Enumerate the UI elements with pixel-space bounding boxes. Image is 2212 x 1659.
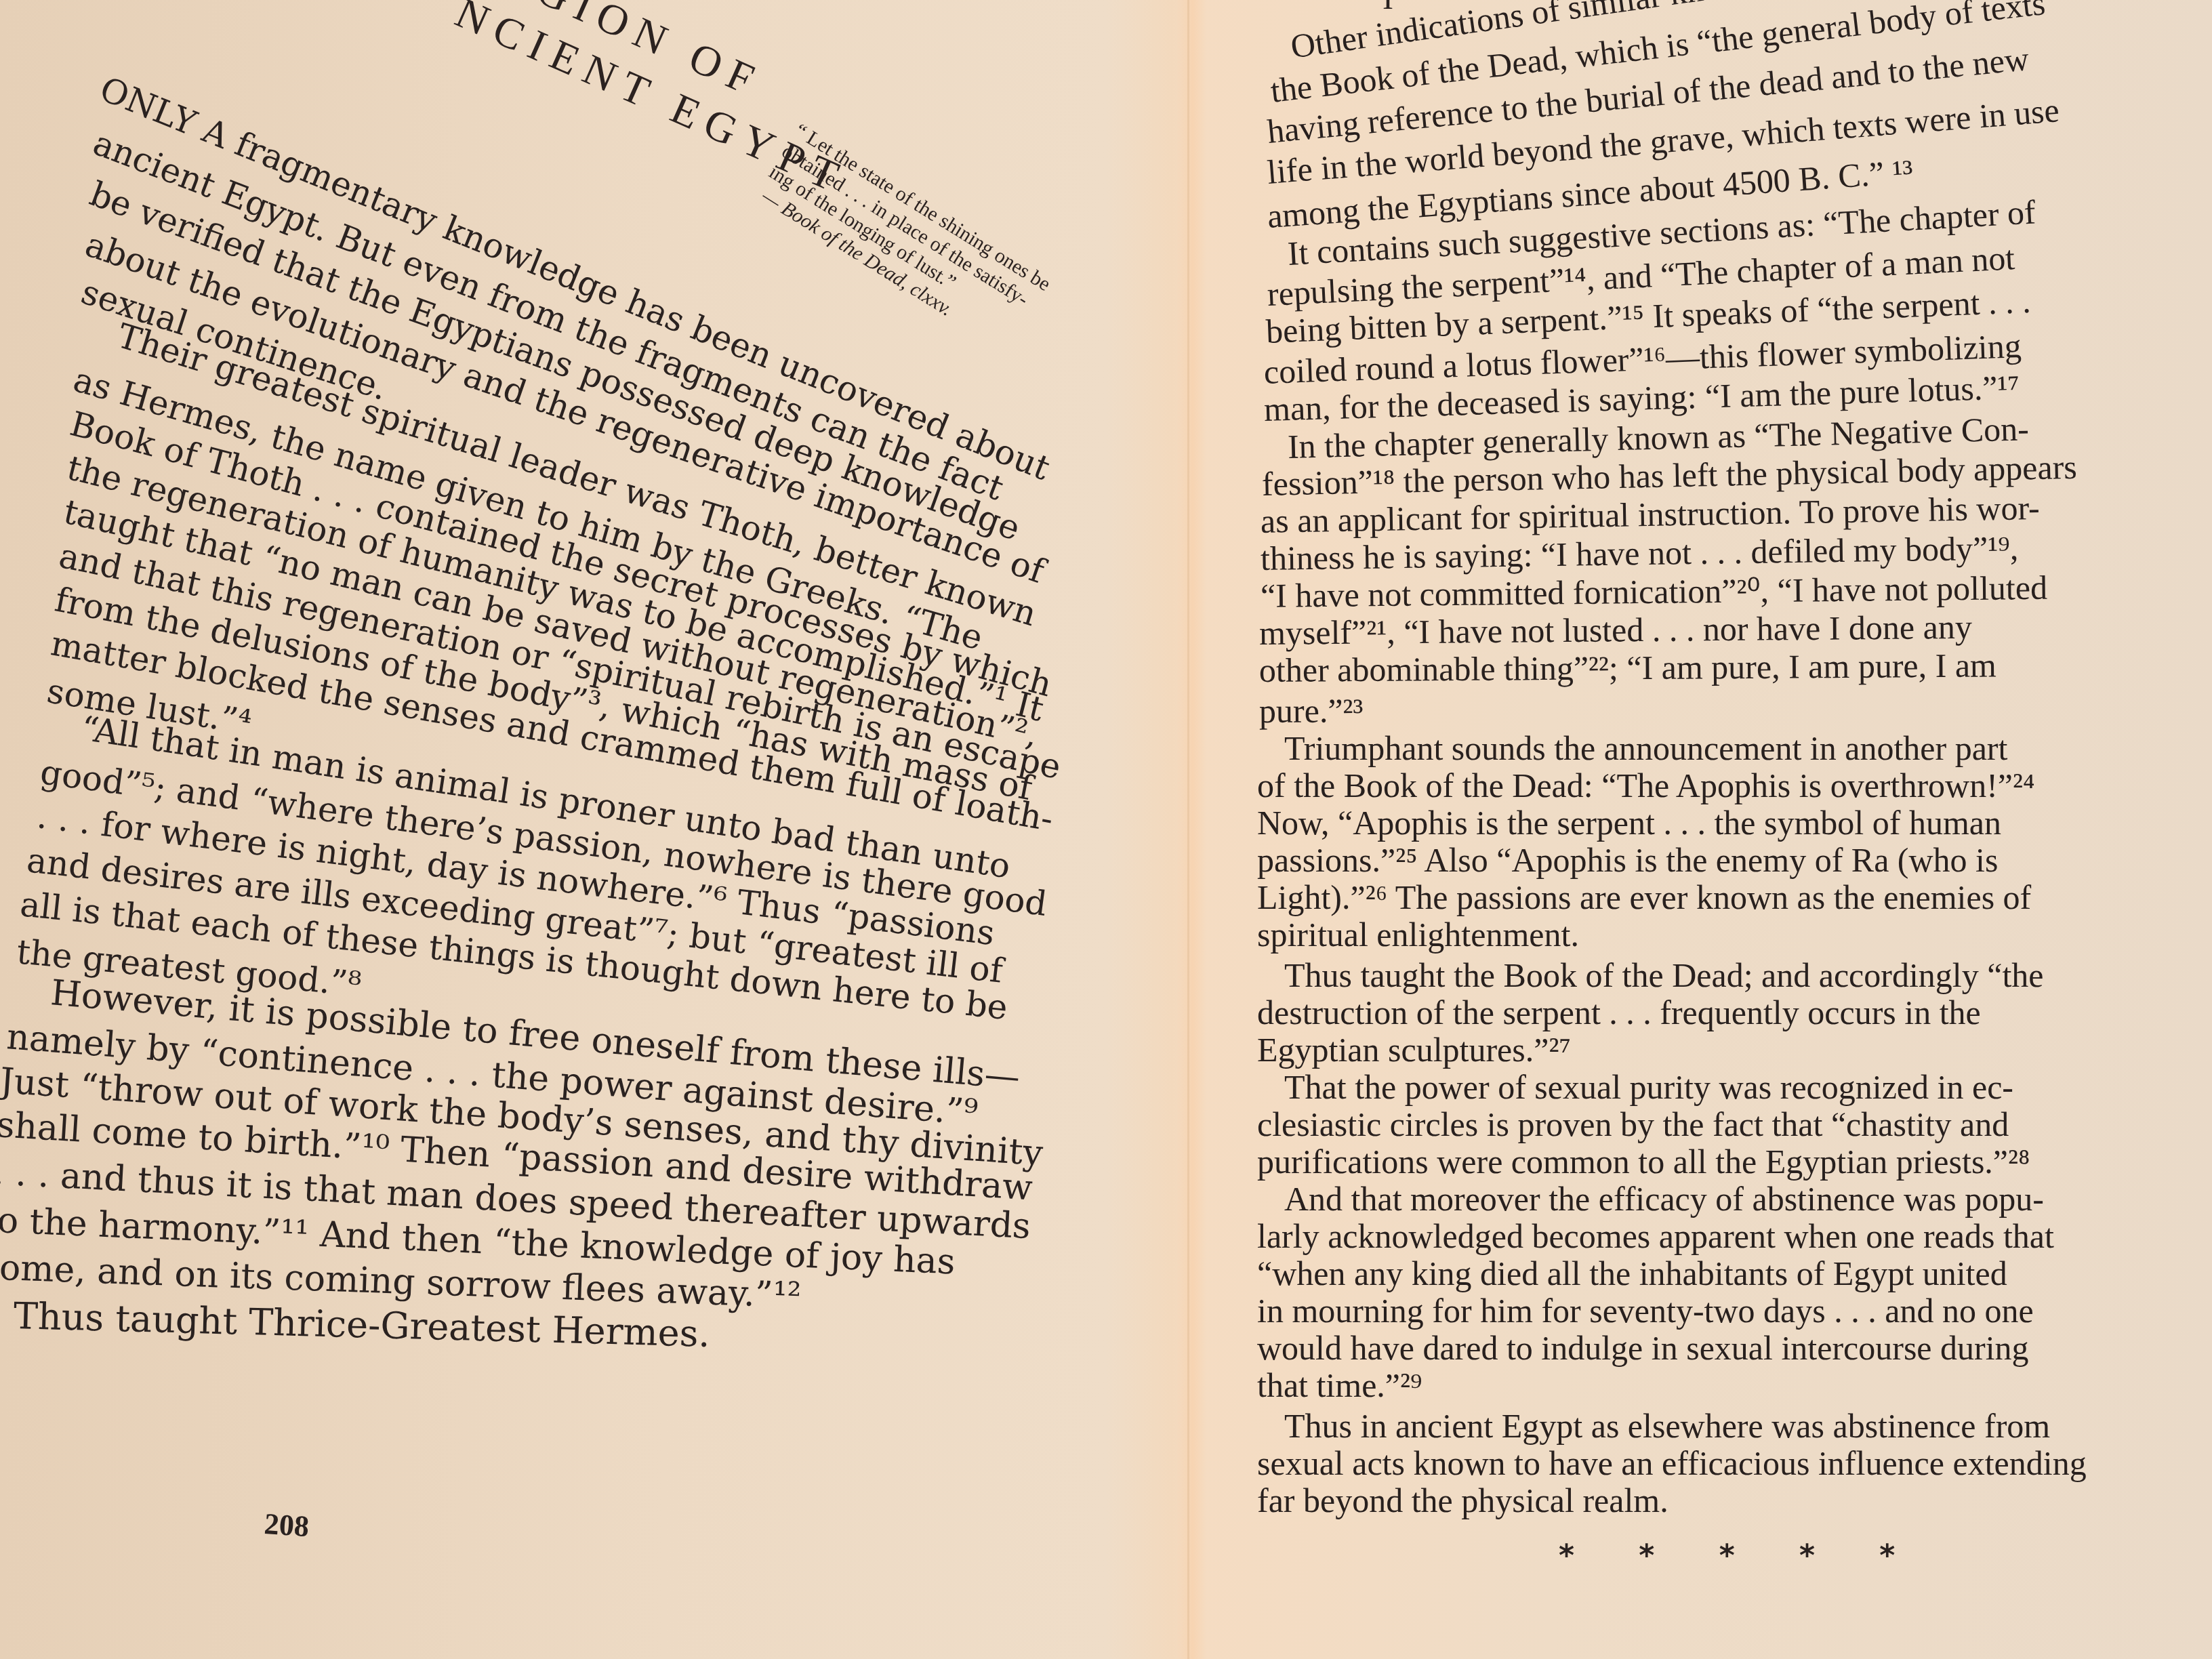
text-line: that time.”²⁹ [1257, 1366, 1422, 1405]
text-line: larly acknowledged becomes apparent when… [1257, 1216, 2054, 1256]
right-page: I Other indications of similar knowledge… [1193, 0, 2212, 1659]
text-line: Thus in ancient Egypt as elsewhere was a… [1284, 1406, 2050, 1446]
left-page: IGION OF NCIENT EGYPT “ Let the state of… [0, 0, 1179, 1659]
text-line: sexual acts known to have an efficacious… [1257, 1443, 2087, 1483]
text-line: And that moreover the efficacy of abstin… [1284, 1179, 2044, 1218]
text-line: destruction of the serpent . . . frequen… [1257, 993, 1981, 1032]
text-line: purifications were common to all the Egy… [1257, 1142, 2030, 1181]
text-line: That the power of sexual purity was reco… [1284, 1067, 2013, 1107]
page-number: 208 [263, 1507, 310, 1544]
text-line: other abominable thing”²²; “I am pure, I… [1259, 645, 1996, 690]
text-line: clesiastic circles is proven by the fact… [1257, 1105, 2009, 1144]
text-line: far beyond the physical realm. [1257, 1481, 1668, 1520]
text-line: would have dared to indulge in sexual in… [1257, 1328, 2029, 1368]
text-line: Now, “Apophis is the serpent . . . the s… [1257, 803, 2001, 842]
book-spread: IGION OF NCIENT EGYPT “ Let the state of… [0, 0, 2212, 1659]
text-line: Egyptian sculptures.”²⁷ [1257, 1030, 1571, 1069]
text-line: of the Book of the Dead: “The Apophis is… [1257, 766, 2034, 805]
text-line: “when any king died all the inhabitants … [1257, 1254, 2007, 1293]
text-line: pure.”²³ [1259, 691, 1364, 731]
text-line: passions.”²⁵ Also “Apophis is the enemy … [1257, 840, 1998, 880]
epigraph-line: ing of the longing of lust.” [764, 160, 1099, 382]
text-line: Thus taught the Book of the Dead; and ac… [1284, 956, 2044, 995]
gutter-fold [1187, 0, 1189, 1659]
text-line: spiritual enlightenment. [1257, 915, 1579, 954]
epigraph-line: obtained . . . in place of the satisfy- [777, 140, 1112, 361]
section-break: * * * * * [1559, 1538, 1922, 1573]
text-line: Light).”²⁶ The passions are ever known a… [1257, 878, 2031, 917]
text-line: in mourning for him for seventy-two days… [1257, 1291, 2034, 1330]
text-line: Triumphant sounds the announcement in an… [1284, 729, 2007, 768]
